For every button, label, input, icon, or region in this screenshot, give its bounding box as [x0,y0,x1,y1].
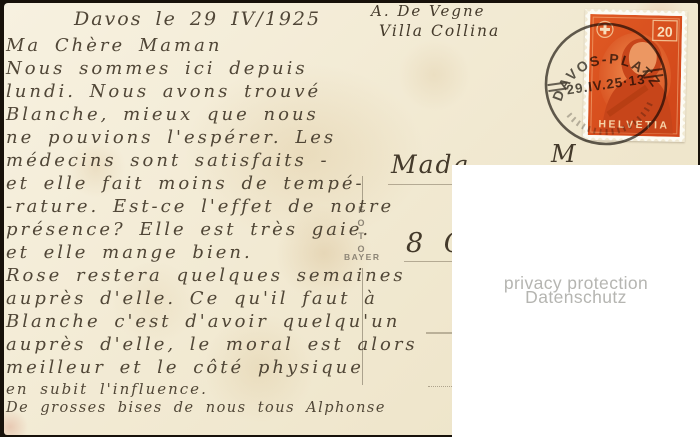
letter-line: Blanche c'est d'avoir quelqu'un [6,310,386,333]
letter-line: -rature. Est-ce l'effet de notre [6,195,386,218]
letter-line: Nous sommes ici depuis [6,57,386,80]
sender-annotation-name: A. De Vegne [371,2,486,20]
letter-line: et elle fait moins de tempé- [6,172,386,195]
letter-line: Ma Chère Maman [6,34,386,57]
letter-line: De grosses bises de nous tous Alphonse [6,399,386,417]
postmark: DAVOS-PLATZ 29.IV.25·13 [533,11,680,158]
letter-line: lundi. Nous avons trouvé [6,80,386,103]
letter-line: médecins sont satisfaits - [6,149,386,172]
privacy-label-de: Datenschutz [452,291,700,305]
letter-line: Blanche, mieux que nous [6,103,386,126]
letter-date-line: Davos le 29 IV/1925 [74,4,386,34]
postmark-graphic: DAVOS-PLATZ 29.IV.25·13 [533,11,680,158]
postmark-town: DAVOS-PLATZ [544,43,666,105]
letter-text: Davos le 29 IV/1925 Ma Chère Maman Nous … [6,4,386,417]
letter-line: en subit l'influence. [6,379,386,399]
svg-text:DAVOS-PLATZ: DAVOS-PLATZ [544,43,666,105]
postcard-scan: Davos le 29 IV/1925 Ma Chère Maman Nous … [0,0,700,437]
privacy-overlay: privacy protection Datenschutz [452,165,700,437]
letter-line: auprès d'elle. Ce qu'il faut à [6,287,386,310]
letter-line: présence? Elle est très gaie. [6,218,386,241]
sender-annotation-villa: Villa Collina [379,22,500,40]
letter-line: auprès d'elle, le moral est alors [6,333,386,356]
letter-line: ne pouvions l'espérer. Les [6,126,386,149]
letter-line: meilleur et le côté physique [6,356,386,379]
letter-line: et elle mange bien. [6,241,386,264]
letter-line: Rose restera quelques semaines [6,264,386,287]
